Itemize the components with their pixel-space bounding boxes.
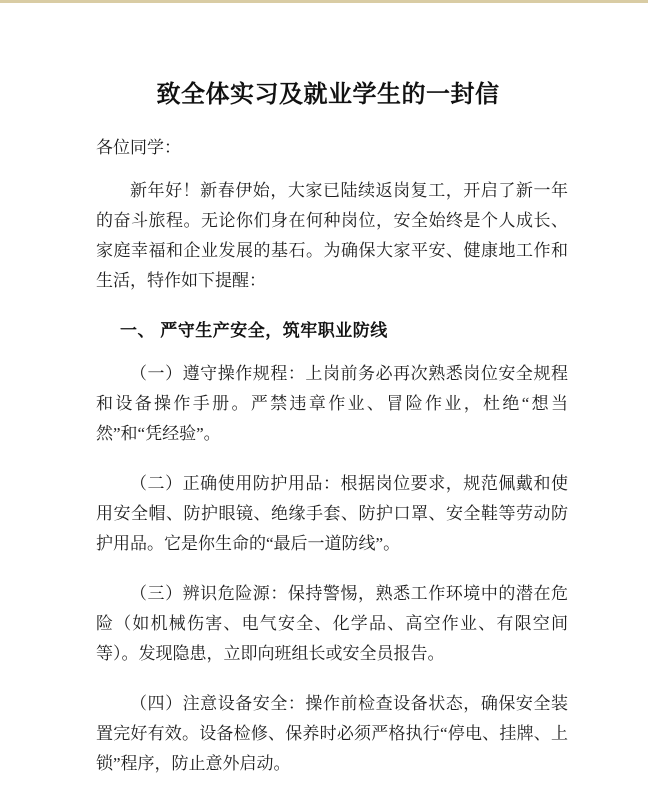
intro-paragraph: 新年好！新春伊始，大家已陆续返岗复工，开启了新一年的奋斗旅程。无论你们身在何种岗… [96,176,568,296]
document-title: 致全体实习及就业学生的一封信 [88,77,568,113]
salutation: 各位同学： [96,133,568,163]
section1-item-1: （一）遵守操作规程：上岗前务必再次熟悉岗位安全规程和设备操作手册。严禁违章作业、… [96,359,568,449]
section1-item-3: （三）辨识危险源：保持警惕，熟悉工作环境中的潜在危险（如机械伤害、电气安全、化学… [96,579,568,669]
section-heading-1: 一、 严守生产安全，筑牢职业防线 [96,316,568,346]
letter-document: 致全体实习及就业学生的一封信 各位同学： 新年好！新春伊始，大家已陆续返岗复工，… [0,77,648,779]
section1-item-2: （二）正确使用防护用品：根据岗位要求，规范佩戴和使用安全帽、防护眼镜、绝缘手套、… [96,469,568,559]
page-top-accent-bar [0,0,648,3]
section1-item-4: （四）注意设备安全：操作前检查设备状态，确保安全装置完好有效。设备检修、保养时必… [96,689,568,779]
